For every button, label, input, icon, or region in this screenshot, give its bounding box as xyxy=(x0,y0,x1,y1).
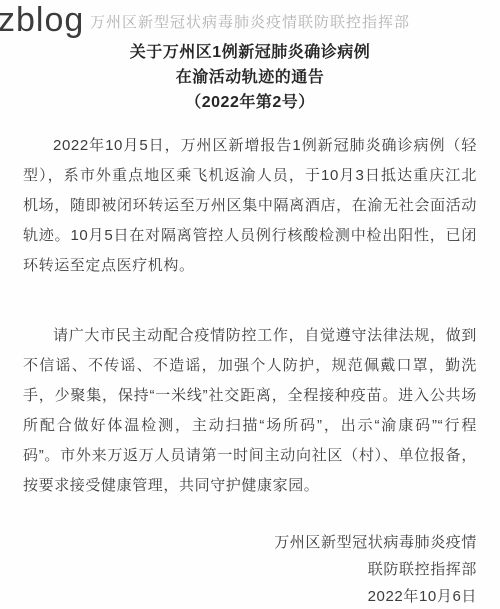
title-line-2: 在渝活动轨迹的通告 xyxy=(0,65,500,90)
paragraph-public-advice: 请广大市民主动配合疫情防控工作，自觉遵守法律法规，做到不信谣、不传谣、不造谣，加… xyxy=(23,321,477,501)
notice-page: zblog 万州区新型冠状病毒肺炎疫情联防联控指挥部 关于万州区1例新冠肺炎确诊… xyxy=(0,0,500,609)
signature-date: 2022年10月6日 xyxy=(23,583,477,609)
signature-block: 万州区新型冠状病毒肺炎疫情 联防联控指挥部 2022年10月6日 xyxy=(23,529,477,609)
zblog-watermark-logo: zblog xyxy=(0,0,84,40)
notice-title: 关于万州区1例新冠肺炎确诊病例 在渝活动轨迹的通告 （2022年第2号） xyxy=(0,40,500,115)
notice-body: 2022年10月5日，万州区新增报告1例新冠肺炎确诊病例（轻型），系市外重点地区… xyxy=(23,131,477,501)
title-line-1: 关于万州区1例新冠肺炎确诊病例 xyxy=(0,40,500,65)
title-line-3: （2022年第2号） xyxy=(0,90,500,115)
paragraph-case-report: 2022年10月5日，万州区新增报告1例新冠肺炎确诊病例（轻型），系市外重点地区… xyxy=(23,131,477,281)
signature-org-line-2: 联防联控指挥部 xyxy=(23,556,477,583)
signature-org-line-1: 万州区新型冠状病毒肺炎疫情 xyxy=(23,529,477,556)
